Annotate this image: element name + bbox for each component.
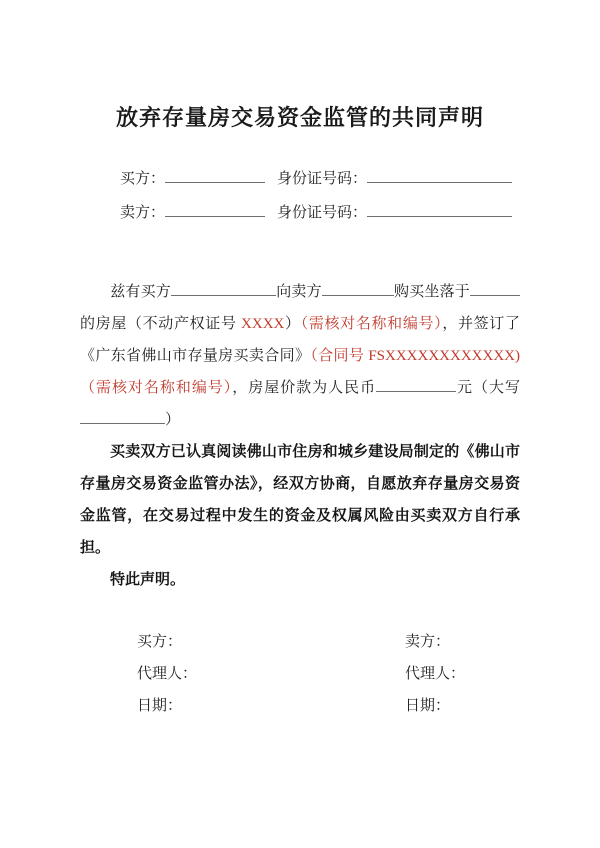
p1-run-9: ） [165,412,180,428]
p1-run-4: 的房屋（不动产权证号 [80,316,241,332]
seller-name-inline-blank [322,282,394,296]
buyer-date-label: 日期： [137,690,405,722]
p1-run-1: 兹有买方 [110,284,171,300]
property-cert-number-placeholder: XXXX [241,316,284,332]
buyer-signature-column: 买方： 代理人： 日期： [137,626,405,722]
price-in-words-blank [80,410,165,424]
document-title: 放弃存量房交易资金监管的共同声明 [80,100,520,136]
seller-id-label: 身份证号码： [277,196,367,230]
p1-run-2: 向卖方 [276,284,322,300]
seller-id-blank [367,203,512,217]
p1-run-5: ） [284,316,300,332]
buyer-name-inline-blank [171,282,276,296]
seller-signature-label: 卖方： [405,626,520,658]
document-page: 放弃存量房交易资金监管的共同声明 买方：身份证号码： 卖方：身份证号码： 兹有买… [0,0,600,848]
seller-signature-column: 卖方： 代理人： 日期： [405,626,520,722]
p1-run-3: 购买坐落于 [394,284,470,300]
paragraph-declaration: 买卖双方已认真阅读佛山市住房和城乡建设局制定的《佛山市存量房交易资金监管办法》，… [80,436,520,564]
p1-run-7: ，房屋价款为人民币 [232,380,376,396]
buyer-row: 买方：身份证号码： [120,162,520,196]
seller-label: 卖方： [120,196,165,230]
buyer-label: 买方： [120,162,165,196]
price-amount-blank [376,378,456,392]
seller-date-label: 日期： [405,690,520,722]
paragraph-hereby-declare: 特此声明。 [80,564,520,596]
seller-name-blank [165,203,265,217]
paragraph-transaction-details: 兹有买方向卖方购买坐落于的房屋（不动产权证号 XXXX）（需核对名称和编号），并… [80,276,520,436]
buyer-id-label: 身份证号码： [277,162,367,196]
buyer-id-blank [367,169,512,183]
verify-name-number-note-1: （需核对名称和编号） [301,316,443,332]
signature-section: 买方： 代理人： 日期： 卖方： 代理人： 日期： [137,626,520,722]
party-info-section: 买方：身份证号码： 卖方：身份证号码： [120,162,520,230]
seller-row: 卖方：身份证号码： [120,196,520,230]
buyer-signature-label: 买方： [137,626,405,658]
p1-run-8: 元（大写 [456,380,520,396]
property-location-blank [470,282,520,296]
seller-agent-label: 代理人： [405,658,520,690]
buyer-agent-label: 代理人： [137,658,405,690]
buyer-name-blank [165,169,265,183]
